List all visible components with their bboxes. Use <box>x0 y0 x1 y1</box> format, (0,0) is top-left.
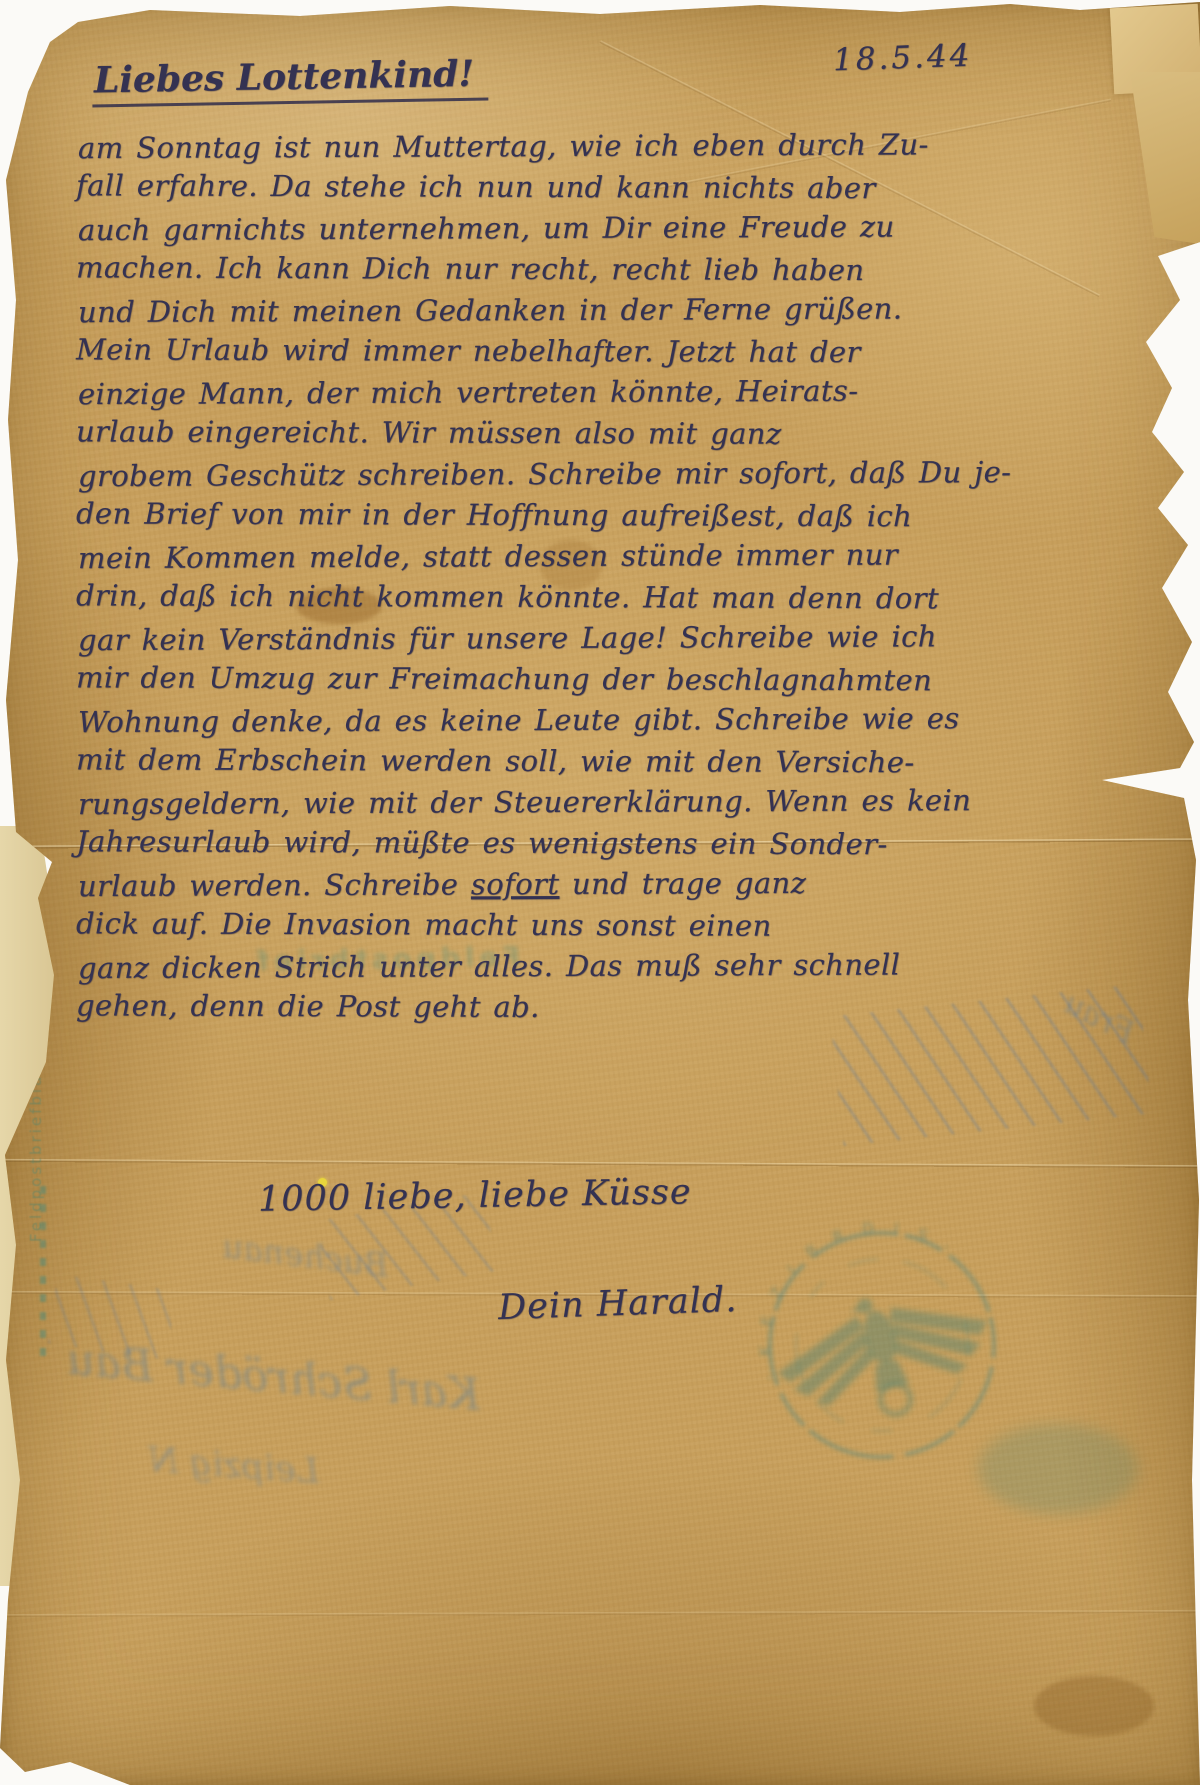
letter-line-9: grobem Geschütz schreiben. Schreibe mir … <box>78 452 1036 497</box>
letter-line-21: ganz dicken Strich unter alles. Das muß … <box>78 944 1036 989</box>
letter-line-2: fall erfahre. Da stehe ich nun und kann … <box>76 165 1036 209</box>
stain <box>1034 1676 1154 1736</box>
letter-line-12: drin, daß ich nicht kommen könnte. Hat m… <box>76 575 1036 619</box>
bleedthrough-address-line: Karl Schröder Bau <box>65 1334 483 1421</box>
stamp-inner-ring <box>778 1241 987 1450</box>
fold-crease <box>0 1610 1200 1618</box>
letter-line-16: mit dem Erbschein werden soll, wie mit d… <box>76 739 1036 783</box>
letter-line-13: gar kein Verständnis für unsere Lage! Sc… <box>78 616 1036 661</box>
letter-closing: 1000 liebe, liebe Küsse <box>258 1172 692 1220</box>
letter-greeting: Liebes Lottenkind! <box>92 53 489 108</box>
bleedthrough-address-line: Buchenau <box>220 1226 390 1285</box>
letter-line-4: machen. Ich kann Dich nur recht, recht l… <box>76 247 1036 291</box>
letter-line-1: am Sonntag ist nun Muttertag, wie ich eb… <box>78 124 1036 169</box>
letter-line-14: mir den Umzug zur Freimachung der beschl… <box>76 657 1036 701</box>
letter-line-22: gehen, denn die Post geht ab. <box>76 985 1036 1029</box>
letter-line-8: urlaub eingereicht. Wir müssen also mit … <box>76 411 1036 455</box>
stamp-eagle <box>765 1271 1004 1440</box>
letter-body: am Sonntag ist nun Muttertag, wie ich eb… <box>76 126 1036 1028</box>
letter-line-7: einzige Mann, der mich vertreten könnte,… <box>78 370 1036 415</box>
letter-line-3: auch garnichts unternehmen, um Dir eine … <box>78 206 1036 251</box>
bleedthrough-address-line: Leipzig N <box>147 1440 321 1492</box>
stamp-smudge <box>978 1424 1138 1514</box>
letter-line-20: dick auf. Die Invasion macht uns sonst e… <box>76 903 1036 947</box>
letter-line-18: Jahresurlaub wird, müßte es wenigstens e… <box>76 821 1036 865</box>
fold-crease <box>0 1159 1200 1169</box>
letter-line-6: Mein Urlaub wird immer nebelhafter. Jetz… <box>76 329 1036 373</box>
letter-paper: Feldpostbrief Buchenau Karl Schröder Bau… <box>0 0 1200 1785</box>
ink-showthrough-hatch <box>48 1274 177 1360</box>
letter-line-15: Wohnung denke, da es keine Leute gibt. S… <box>78 698 1036 743</box>
folded-corner <box>1124 72 1200 244</box>
letter-line-19: urlaub werden. Schreibe sofort und trage… <box>78 862 1036 907</box>
stamp-outer-ring <box>746 1209 1018 1481</box>
bleedthrough-edge-marks <box>40 1186 46 1356</box>
underlined-word: sofort <box>471 867 560 901</box>
eagle-ink-stamp: · K E Z I B R D I S · <box>712 1175 1051 1514</box>
letter-line-11: mein Kommen melde, statt dessen stünde i… <box>78 534 1036 579</box>
letter-scan: Feldpostbrief Buchenau Karl Schröder Bau… <box>0 0 1200 1785</box>
letter-signature: Dein Harald. <box>497 1280 738 1328</box>
stamp-ring-text: · K E Z I B R D I S · <box>729 1199 980 1383</box>
letter-date: 18.5.44 <box>832 38 972 79</box>
letter-line-5: und Dich mit meinen Gedanken in der Fern… <box>78 288 1036 333</box>
bleedthrough-word: Frau <box>1058 985 1141 1052</box>
letter-line-10: den Brief von mir in der Hoffnung aufrei… <box>76 493 1036 537</box>
letter-line-17: rungsgeldern, wie mit der Steuererklärun… <box>78 780 1036 825</box>
